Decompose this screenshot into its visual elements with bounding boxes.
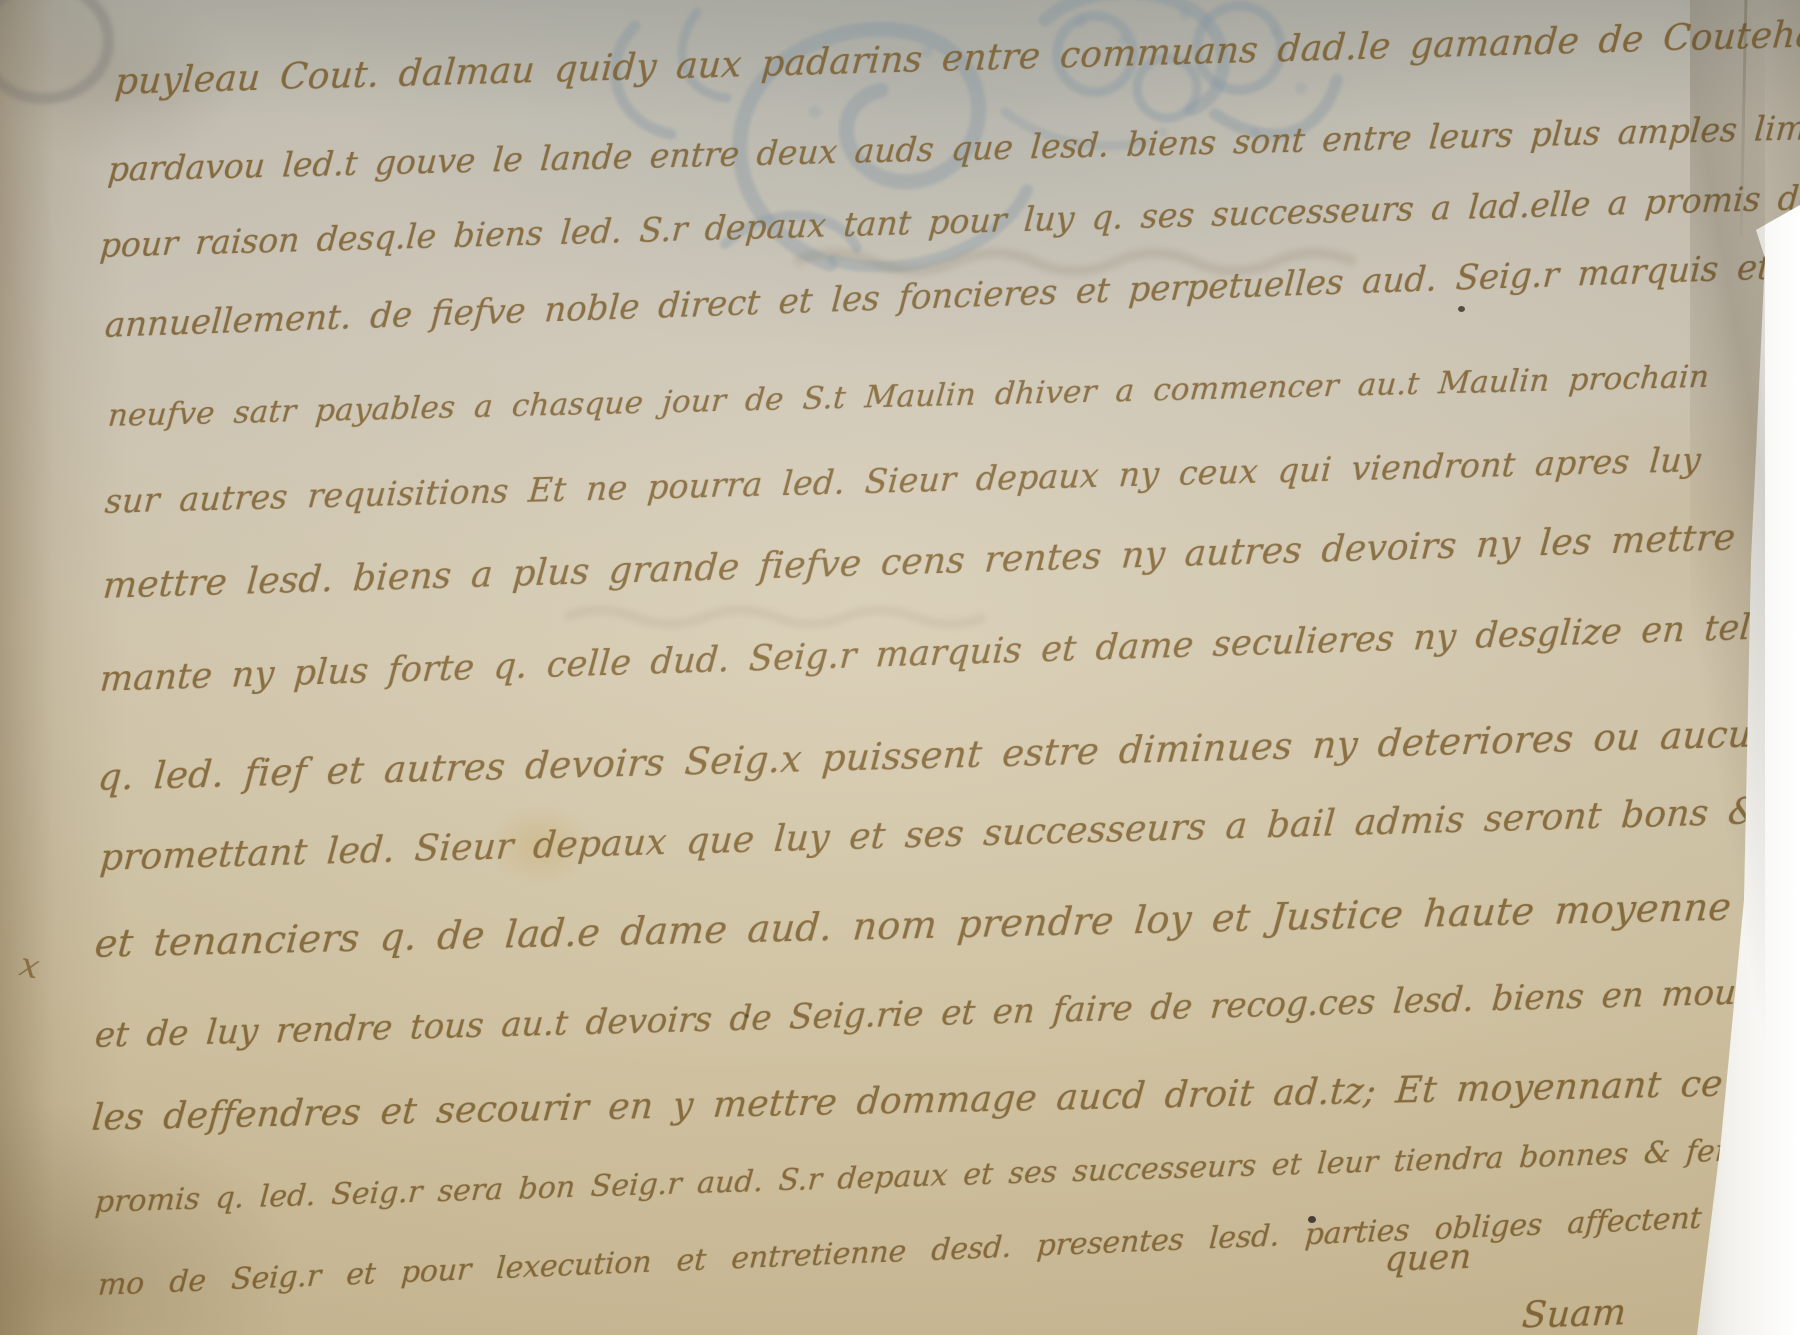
photo-scene: puyleau Cout. dalmau quidy aux padarins … (0, 0, 1800, 1335)
ink-fleck (745, 1014, 749, 1018)
ink-fleck (1458, 306, 1465, 312)
corner-stamp-icon (0, 0, 114, 104)
manuscript-line: q. led. fief et autres devoirs Seig.x pu… (96, 708, 1800, 799)
manuscript-line-fragment: Suam (1521, 1292, 1628, 1335)
manuscript-line: promis q. led. Seig.r sera bon Seig.r au… (94, 1127, 1800, 1220)
manuscript-line: et tenanciers q. de lad.e dame aud. nom … (93, 878, 1800, 966)
manuscript-line: les deffendres et secourir en y mettre d… (90, 1059, 1800, 1139)
manuscript-line-fragment: quen (1384, 1237, 1473, 1280)
manuscript-line: et de luy rendre tous au.t devoirs de Se… (93, 968, 1800, 1056)
manuscript-line: promettant led. Sieur depaux que luy et … (98, 785, 1800, 879)
manuscript-line: neufve satr payables a chasque jour de S… (107, 359, 1711, 434)
manuscript-line: sur autres requisitions Et ne pourra led… (103, 440, 1702, 521)
ink-fleck (1308, 1216, 1316, 1223)
margin-cross-mark: x (16, 944, 43, 987)
manuscript-page: puyleau Cout. dalmau quidy aux padarins … (0, 0, 1800, 1335)
